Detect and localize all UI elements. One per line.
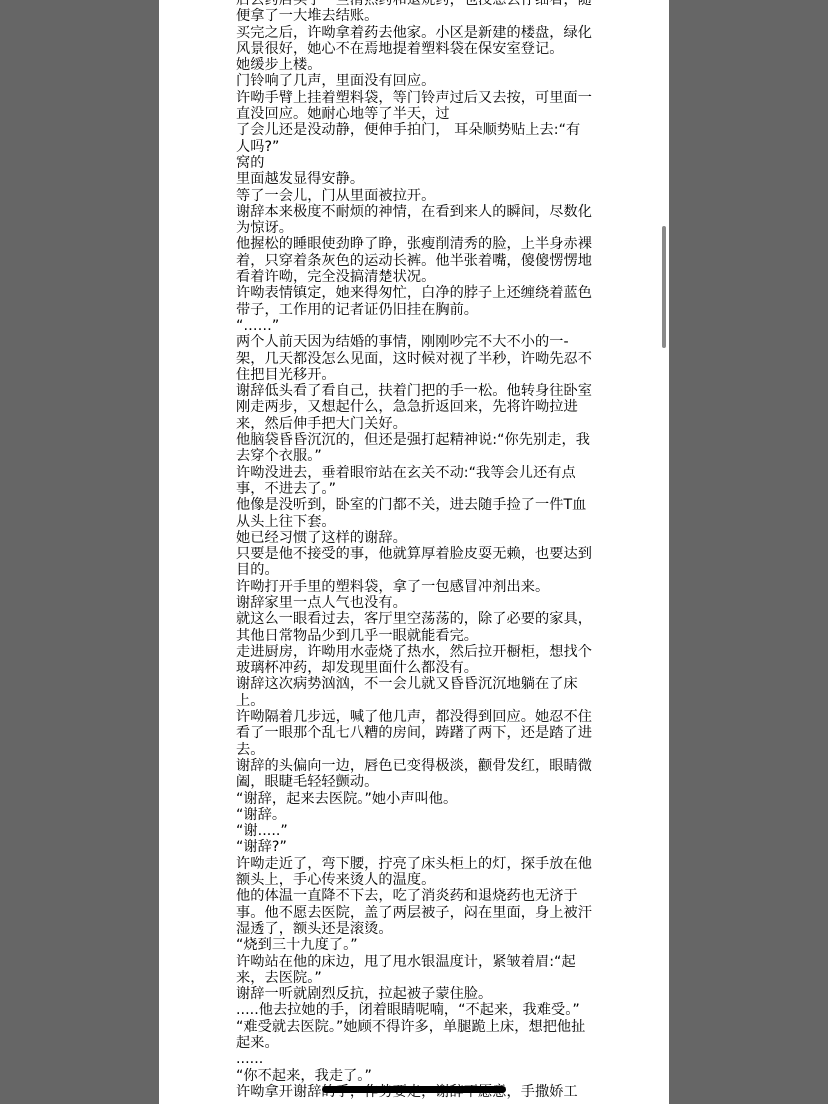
paragraph: 谢辞的头偏向一边，唇色已变得极淡，颧骨发红，眼睛微阖，眼睫毛轻轻颤动。 [236, 758, 594, 791]
paragraph: “谢.....” [236, 823, 594, 839]
paragraph: 只要是他不接受的事，他就算厚着脸皮耍无赖，也要达到目的。 [236, 546, 594, 579]
paragraph: 许呦站在他的床边，甩了甩水银温度计，紧皱着眉:“起来，去医院。” [236, 954, 594, 987]
paragraph: 许呦隔着几步远，喊了他几声，都没得到回应。她忍不住看了一眼那个乱七八糟的房间，踌… [236, 709, 594, 758]
paragraph: 窝的 [236, 155, 594, 171]
paragraph: “……” [236, 318, 594, 334]
paragraph: 许呦没进去，垂着眼帘站在玄关不动:“我等会儿还有点事，不进去了。” [236, 465, 594, 498]
paragraph: 许呦走近了，弯下腰，拧亮了床头柜上的灯，探手放在他额头上，手心传来烫人的温度。 [236, 856, 594, 889]
paragraph: 买完之后，许呦拿着药去他家。小区是新建的楼盘，绿化风景很好，她心不在焉地提着塑料… [236, 25, 594, 58]
paragraph: “你不起来，我走了。” [236, 1068, 594, 1084]
paragraph: 走进厨房，许呦用水壶烧了热水，然后拉开橱柜，想找个玻璃杯冲药，却发现里面什么都没… [236, 644, 594, 677]
paragraph: 他像是没听到，卧室的门都不关，进去随手捡了一件T血从头上往下套。 [236, 497, 594, 530]
paragraph: 许呦表情镇定，她来得匆忙，白净的脖子上还缠绕着蓝色带子，工作用的记者证仍旧挂在胸… [236, 285, 594, 318]
paragraph: “难受就去医院。”她顾不得许多，单腿跪上床，想把他扯起来。 [236, 1019, 594, 1052]
paragraph: “谢辞。 [236, 807, 594, 823]
paragraph: 他的体温一直降不下去，吃了消炎药和退烧药也无济于事。他不愿去医院，盖了两层被子，… [236, 888, 594, 937]
paragraph: .....他去拉她的手，闭着眼睛呢喃，“不起来，我难受。” [236, 1002, 594, 1018]
paragraph: 两个人前天因为结婚的事情，刚刚吵完不大不小的一-架，几天都没怎么见面，这时候对视… [236, 334, 594, 383]
paragraph: 她已经习惯了这样的谢辞。 [236, 530, 594, 546]
paragraph: “谢辞，起来去医院。”她小声叫他。 [236, 791, 594, 807]
paragraph: 他握松的睡眼使劲睁了睁，张瘦削清秀的脸，上半身赤裸着，只穿着条灰色的运动长裤。他… [236, 236, 594, 285]
document-page: 后去药店买了一些清热药和退烧药，也没想去仔细看，随便拿了一大堆去结账。买完之后，… [159, 0, 669, 1104]
paragraph: “烧到三十九度了。” [236, 937, 594, 953]
paragraph: 谢辞这次病势汹汹，不一会儿就又昏昏沉沉地躺在了床上。 [236, 676, 594, 709]
paragraph: 里面越发显得安静。 [236, 171, 594, 187]
paragraph: 了会儿还是没动静，便伸手拍门， 耳朵顺势贴上去:“有人吗?” [236, 122, 594, 155]
document-text: 后去药店买了一些清热药和退烧药，也没想去仔细看，随便拿了一大堆去结账。买完之后，… [236, 0, 594, 1100]
paragraph: 谢辞本来极度不耐烦的神情，在看到来人的瞬间，尽数化为惊讶。 [236, 204, 594, 237]
paragraph: 她缓步上楼。 [236, 57, 594, 73]
paragraph: 谢辞家里一点人气也没有。 [236, 595, 594, 611]
paragraph: 许呦打开手里的塑料袋，拿了一包感冒冲剂出来。 [236, 579, 594, 595]
paragraph: 谢辞低头看了看自己，扶着门把的手一松。他转身往卧室刚走两步，又想起什么，急急折返… [236, 383, 594, 432]
paragraph: 谢辞一听就剧烈反抗，拉起被子蒙住脸。 [236, 986, 594, 1002]
paragraph: 后去药店买了一些清热药和退烧药，也没想去仔细看，随便拿了一大堆去结账。 [236, 0, 594, 25]
home-indicator[interactable] [322, 1086, 506, 1093]
paragraph: 等了一会儿，门从里面被拉开。 [236, 188, 594, 204]
paragraph: 许呦手臂上挂着塑料袋，等门铃声过后又去按，可里面一直没回应。她耐心地等了半天，过 [236, 90, 594, 123]
paragraph: 他脑袋昏昏沉沉的，但还是强打起精神说:“你先别走，我去穿个衣服。” [236, 432, 594, 465]
paragraph: “谢辞?” [236, 839, 594, 855]
paragraph: 门铃响了几声，里面没有回应。 [236, 73, 594, 89]
paragraph: ...... [236, 1051, 594, 1067]
paragraph: 就这么一眼看过去，客厅里空荡荡的，除了必要的家具，其他日常物品少到几乎一眼就能看… [236, 611, 594, 644]
vertical-scrollbar[interactable] [662, 226, 666, 348]
